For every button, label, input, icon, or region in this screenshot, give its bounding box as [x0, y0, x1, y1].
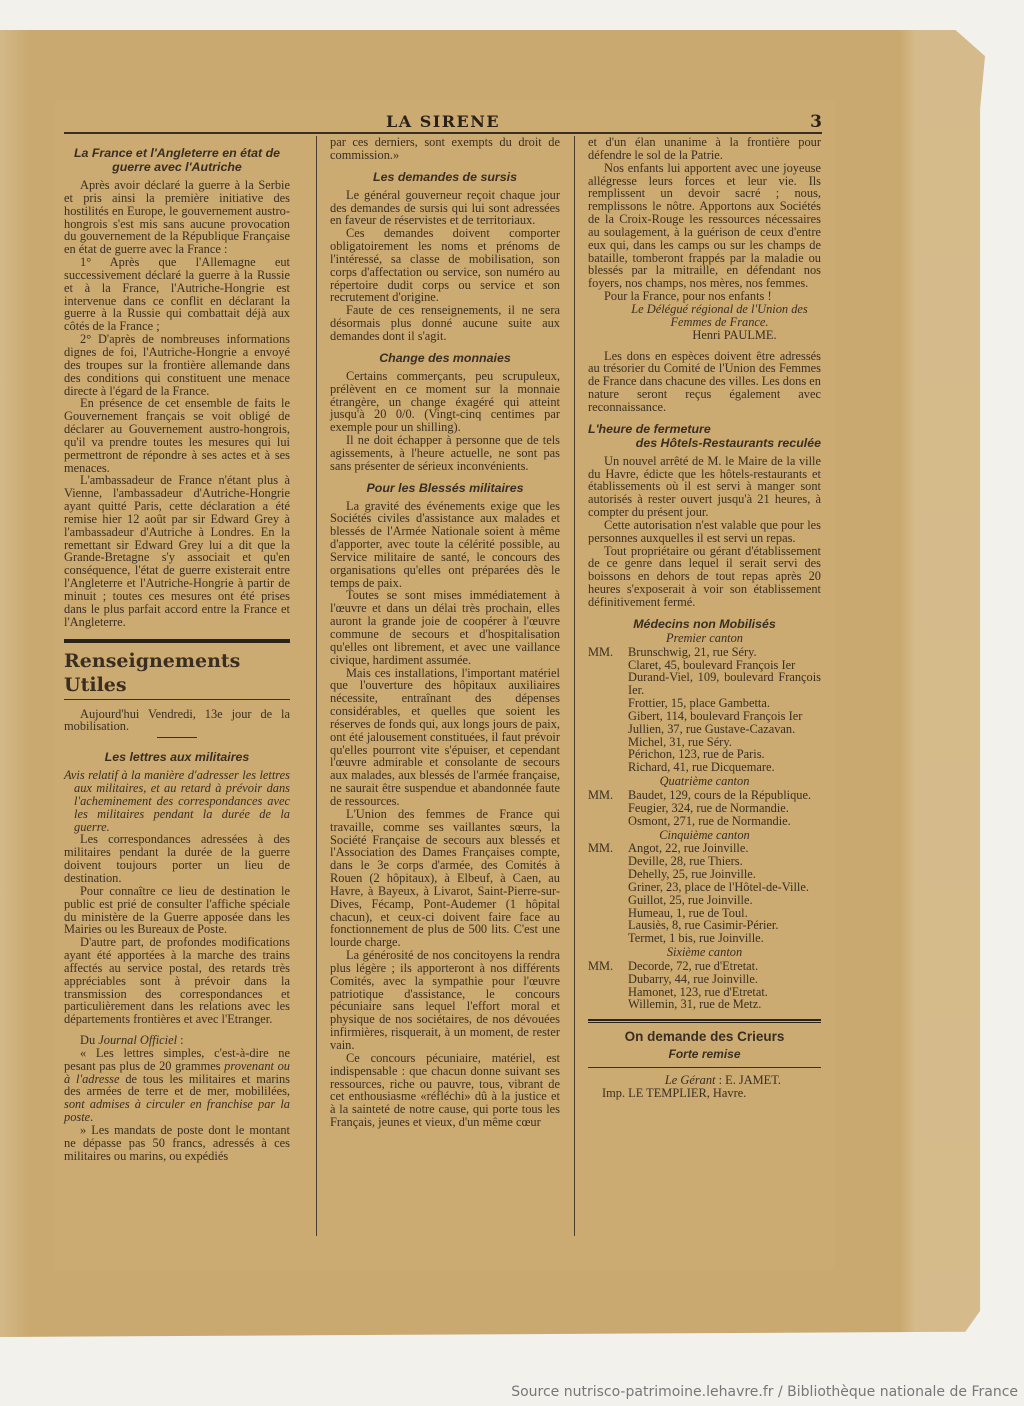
manager-line: Le Gérant : E. JAMET.: [588, 1074, 821, 1087]
column-1: La France et l'Angleterre en état de gue…: [64, 136, 290, 1163]
section-title: Renseignements Utiles: [64, 649, 290, 697]
source-credit: Source nutrisco-patrimoine.lehavre.fr / …: [511, 1384, 1018, 1400]
column-divider: [316, 136, 317, 1236]
paragraph: 1° Après que l'Allemagne eut successivem…: [64, 256, 290, 333]
canton-heading: Premier canton: [588, 632, 821, 645]
paragraph: Un nouvel arrêté de M. le Maire de la vi…: [588, 455, 821, 519]
paragraph: L'ambassadeur de France n'étant plus à V…: [64, 474, 290, 628]
article-body: Certains commerçants, peu scrupuleux, pr…: [330, 370, 560, 473]
paragraph: D'autre part, de profondes modifications…: [64, 936, 290, 1026]
paragraph: La générosité de nos concitoyens la rend…: [330, 949, 560, 1052]
doctor-entry: Osmont, 271, rue de Normandie.: [588, 815, 821, 828]
article-body: Nos enfants lui apportent avec une joyeu…: [588, 162, 821, 303]
notice-text: Avis relatif à la manière d'adresser les…: [64, 769, 290, 833]
paragraph: Faute de ces renseignements, il ne sera …: [330, 304, 560, 343]
doctor-entry: Willemin, 31, rue de Metz.: [588, 998, 821, 1011]
column-3: et d'un élan unanime à la frontière pour…: [588, 136, 821, 1100]
continuation-text: par ces derniers, sont exempts du droit …: [330, 136, 560, 162]
short-rule: [157, 737, 197, 738]
column-divider: [574, 136, 575, 1236]
article-body: Un nouvel arrêté de M. le Maire de la vi…: [588, 455, 821, 609]
section-rule: [64, 639, 290, 643]
signature-name: Henri PAULME.: [588, 329, 821, 342]
quote-paragraph: « Les lettres simples, c'est-à-dire ne p…: [64, 1047, 290, 1124]
doctor-entry: Termet, 1 bis, rue Joinville.: [588, 932, 821, 945]
ad-subtitle: Forte remise: [588, 1048, 821, 1061]
paragraph: Tout propriétaire ou gérant d'établissem…: [588, 545, 821, 609]
article-title: des Hôtels-Restaurants reculée: [588, 436, 821, 450]
paragraph: Certains commerçants, peu scrupuleux, pr…: [330, 370, 560, 434]
article-title: Change des monnaies: [330, 351, 560, 365]
paragraph: Cette autorisation n'est valable que pou…: [588, 519, 821, 545]
intro-text: Aujourd'hui Vendredi, 13e jour de la mob…: [64, 708, 290, 734]
paragraph: Nos enfants lui apportent avec une joyeu…: [588, 162, 821, 290]
paragraph: L'Union des femmes de France qui travail…: [330, 808, 560, 949]
paragraph: Ces demandes doivent comporter obligatoi…: [330, 227, 560, 304]
paragraph: La gravité des événements exige que les …: [330, 500, 560, 590]
article-title: Pour les Blessés militaires: [330, 481, 560, 495]
paragraph: Les correspondances adressées à des mili…: [64, 833, 290, 884]
paragraph: Il ne doit échapper à personne que de te…: [330, 434, 560, 473]
paragraph: Pour connaître ce lieu de destination le…: [64, 885, 290, 936]
footer-rule: [588, 1067, 821, 1068]
printer-line: Imp. LE TEMPLIER, Havre.: [588, 1087, 821, 1100]
canton-heading: Cinquième canton: [588, 829, 821, 842]
page-number: 3: [810, 112, 822, 132]
article-body: Le général gouverneur reçoit chaque jour…: [330, 189, 560, 343]
double-rule: [588, 1019, 821, 1023]
article-body: Les correspondances adressées à des mili…: [64, 833, 290, 1026]
column-2: par ces derniers, sont exempts du droit …: [330, 136, 560, 1129]
masthead-rule: [64, 132, 822, 134]
newspaper-title: LA SIRENE: [64, 112, 822, 131]
masthead: LA SIRENE 3: [64, 112, 822, 132]
article-title: La France et l'Angleterre en état de gue…: [64, 146, 290, 174]
canton-heading: Quatrième canton: [588, 775, 821, 788]
article-title: L'heure de fermeture: [588, 422, 821, 436]
paragraph: Après avoir déclaré la guerre à la Serbi…: [64, 179, 290, 256]
paragraph: Le général gouverneur reçoit chaque jour…: [330, 189, 560, 228]
paragraph: Toutes se sont mises immédiatement à l'œ…: [330, 589, 560, 666]
doctors-list: Premier cantonMM.Brunschwig, 21, rue Sér…: [588, 632, 821, 1011]
doctors-title: Médecins non Mobilisés: [588, 617, 821, 631]
section-underline: [64, 699, 290, 700]
paragraph: Ce concours pécuniaire, matériel, est in…: [330, 1052, 560, 1129]
ad-title: On demande des Crieurs: [588, 1031, 821, 1044]
article-body: Après avoir déclaré la guerre à la Serbi…: [64, 179, 290, 629]
article-title: Les demandes de sursis: [330, 170, 560, 184]
doctor-entry: Richard, 41, rue Dicquemare.: [588, 761, 821, 774]
quote-paragraph: » Les mandats de poste dont le montant n…: [64, 1124, 290, 1163]
paragraph: Mais ces installations, l'important maté…: [330, 667, 560, 808]
donations-text: Les dons en espèces doivent être adressé…: [588, 350, 821, 414]
continuation-text: et d'un élan unanime à la frontière pour…: [588, 136, 821, 162]
paragraph: En présence de cet ensemble de faits le …: [64, 397, 290, 474]
signature-role: Le Délégué régional de l'Union des Femme…: [588, 303, 821, 329]
article-body: La gravité des événements exige que les …: [330, 500, 560, 1129]
paragraph: 2° D'après de nombreuses informations di…: [64, 333, 290, 397]
doctor-entry: Durand-Viel, 109, boulevard François Ier…: [588, 671, 821, 697]
canton-heading: Sixième canton: [588, 946, 821, 959]
article-title: Les lettres aux militaires: [64, 750, 290, 764]
